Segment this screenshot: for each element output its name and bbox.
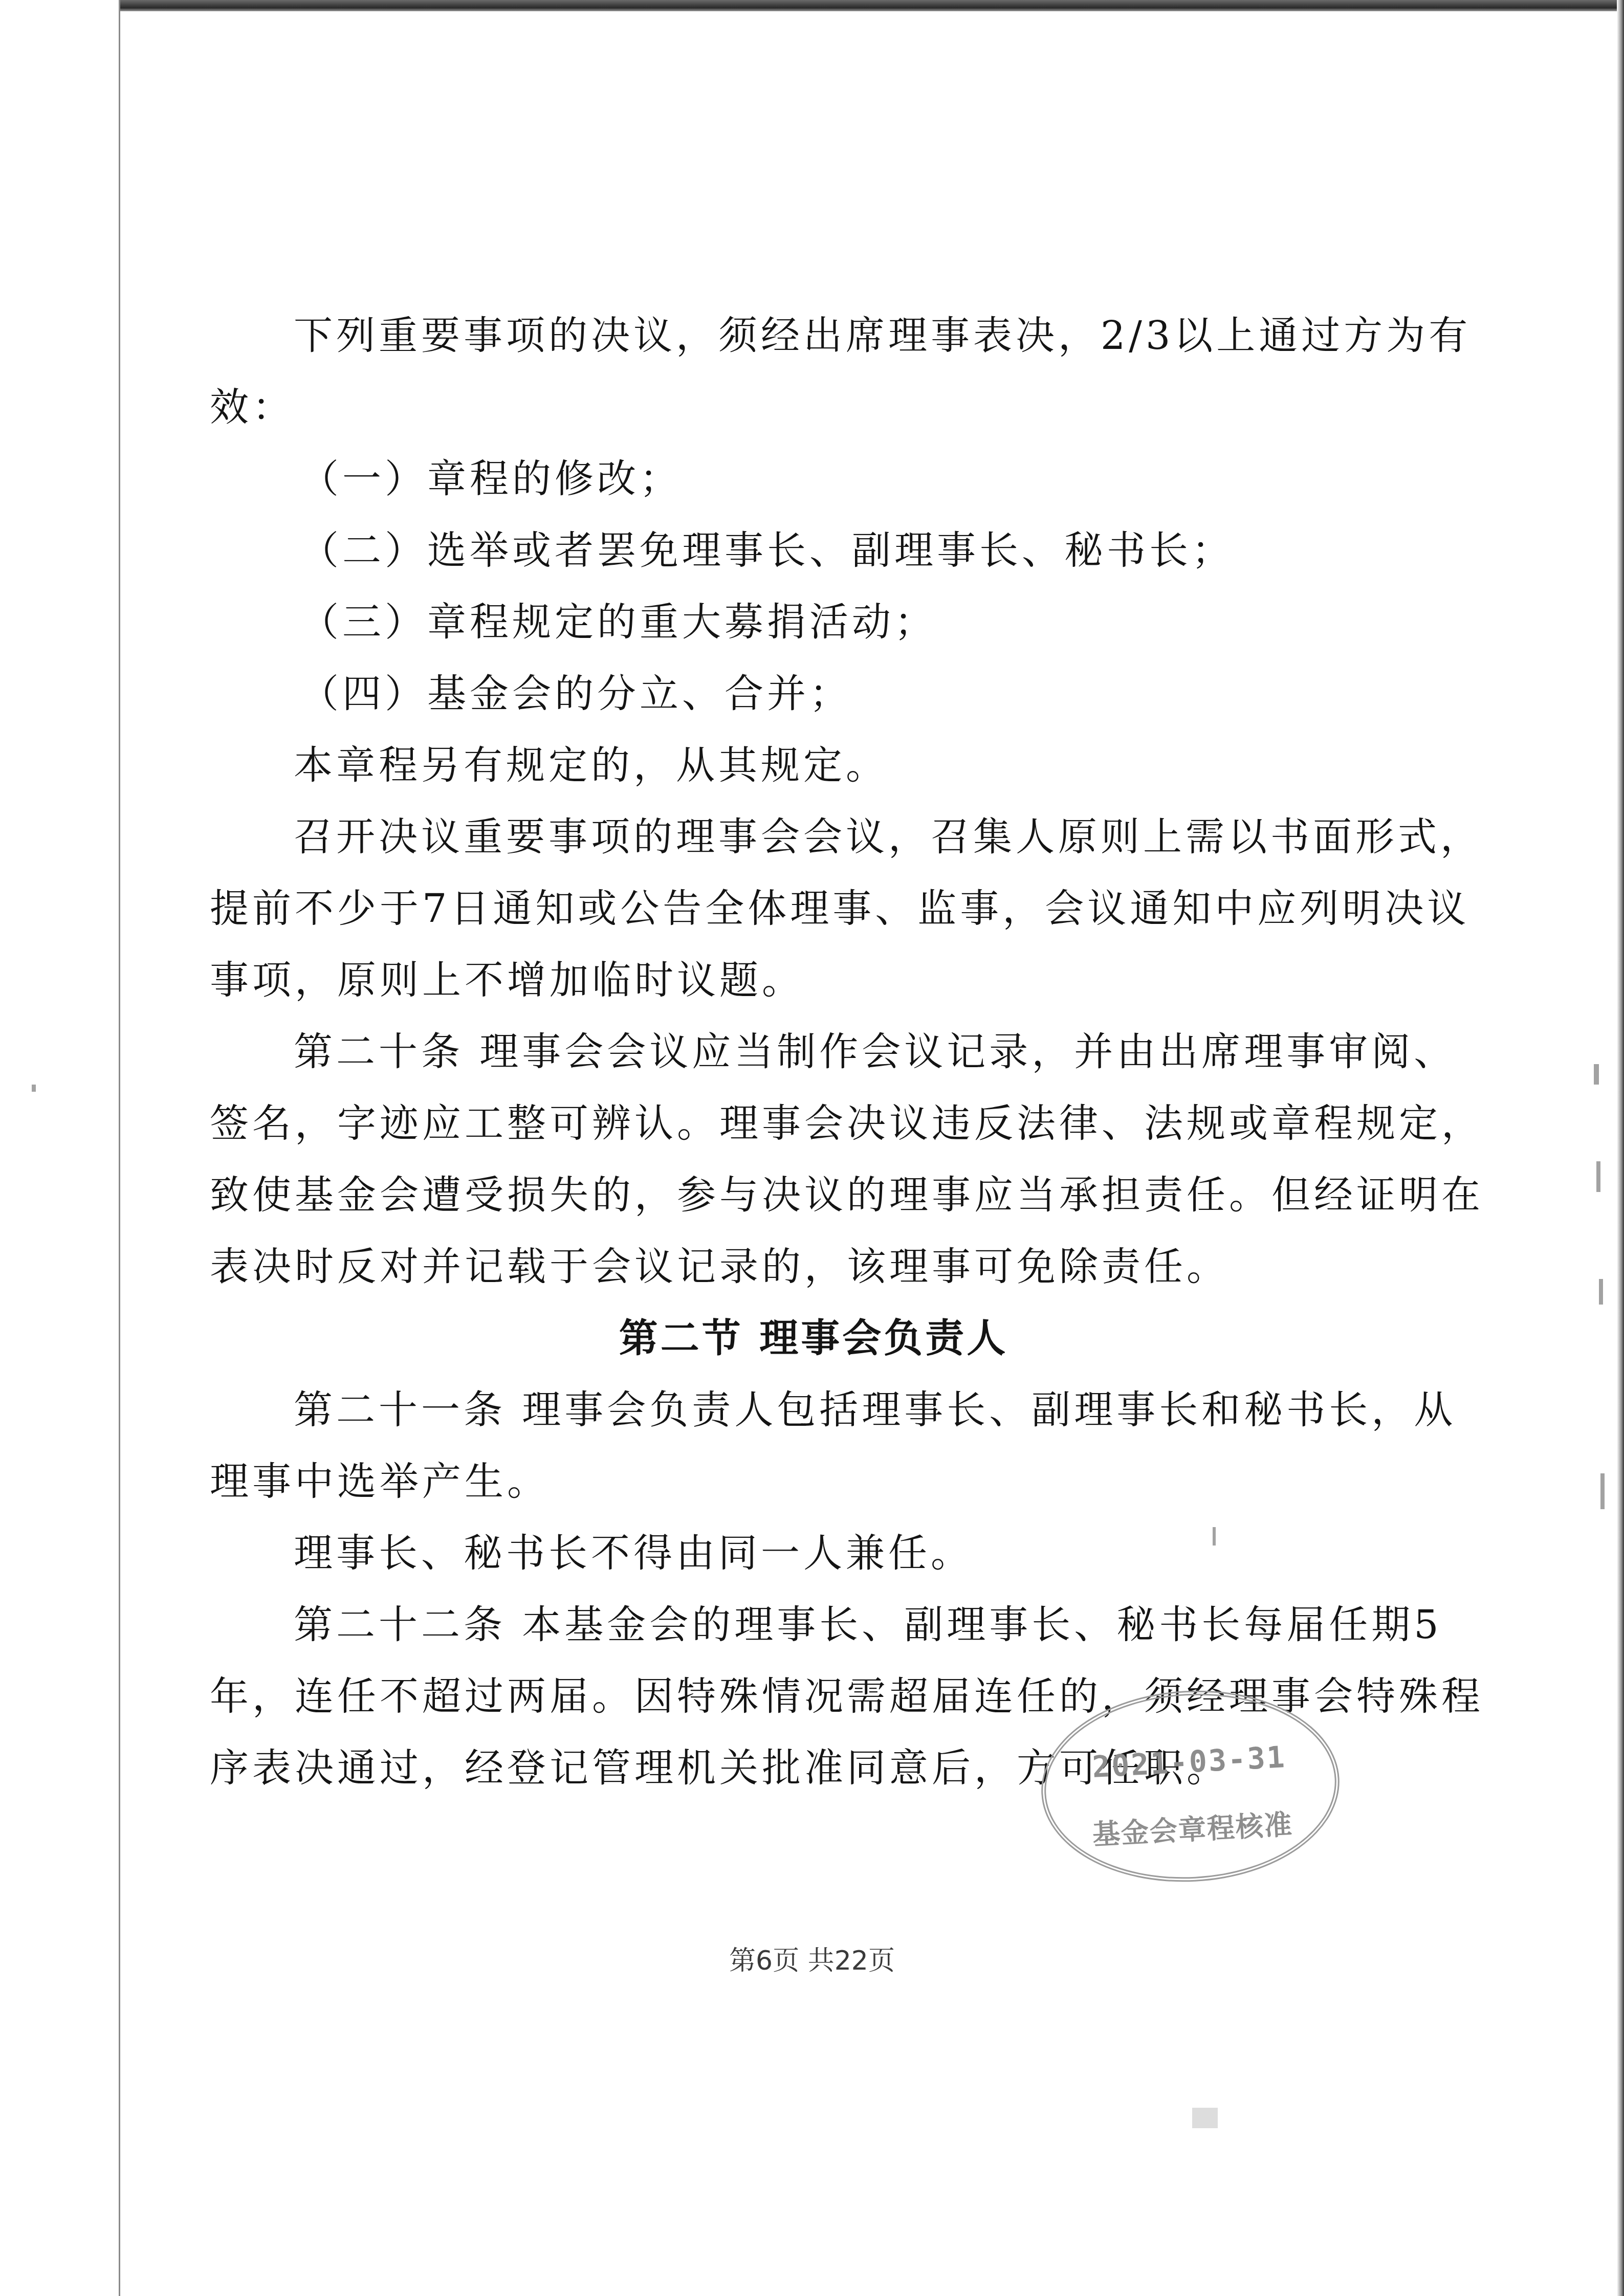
paragraph-line: 理事长、秘书长不得由同一人兼任。 — [210, 1525, 1402, 1582]
list-item: （四）基金会的分立、合并； — [210, 665, 1402, 722]
stamp-label: 基金会章程核准 — [1047, 1800, 1338, 1855]
document-body: 下列重要事项的决议，须经出席理事表决，2/3以上通过方为有 效： （一）章程的修… — [210, 307, 1402, 1811]
list-item: （三）章程规定的重大募捐活动； — [210, 593, 1402, 651]
paragraph-line: 效： — [210, 379, 1402, 436]
stamp-date: 2021-03-31 — [1044, 1737, 1334, 1786]
scan-speck — [1213, 1527, 1216, 1546]
section-heading: 第二节 理事会负责人 — [210, 1310, 1402, 1367]
scan-top-edge — [0, 0, 1624, 11]
article-20-line: 第二十条 理事会会议应当制作会议记录，并由出席理事审阅、 — [210, 1023, 1402, 1080]
scan-speck — [32, 1085, 36, 1092]
paragraph-line: 下列重要事项的决议，须经出席理事表决，2/3以上通过方为有 — [210, 307, 1402, 364]
paragraph-line: 理事中选举产生。 — [210, 1453, 1402, 1510]
paragraph-line: 表决时反对并记载于会议记录的，该理事可免除责任。 — [210, 1238, 1402, 1295]
page-indicator: 第6页 共22页 — [0, 1939, 1624, 1977]
paragraph-line: 本章程另有规定的，从其规定。 — [210, 737, 1402, 794]
paragraph-line: 签名，字迹应工整可辨认。理事会决议违反法律、法规或章程规定， — [210, 1095, 1402, 1152]
list-item: （二）选举或者罢免理事长、副理事长、秘书长； — [210, 522, 1402, 579]
article-22-line: 第二十二条 本基金会的理事长、副理事长、秘书长每届任期5 — [210, 1596, 1402, 1653]
scan-speck — [1600, 1473, 1605, 1509]
scan-speck — [1596, 1161, 1600, 1192]
paragraph-line: 致使基金会遭受损失的，参与决议的理事应当承担责任。但经证明在 — [210, 1166, 1402, 1224]
article-21-line: 第二十一条 理事会负责人包括理事长、副理事长和秘书长，从 — [210, 1381, 1402, 1439]
paragraph-line: 事项，原则上不增加临时议题。 — [210, 952, 1402, 1009]
scan-speck — [1594, 1064, 1599, 1085]
scan-speck — [1599, 1279, 1603, 1305]
paragraph-line: 提前不少于7日通知或公告全体理事、监事，会议通知中应列明决议 — [210, 880, 1402, 937]
list-item: （一）章程的修改； — [210, 450, 1402, 507]
paragraph-line: 召开决议重要事项的理事会会议，召集人原则上需以书面形式， — [210, 808, 1402, 866]
scan-speck — [1192, 2108, 1218, 2128]
